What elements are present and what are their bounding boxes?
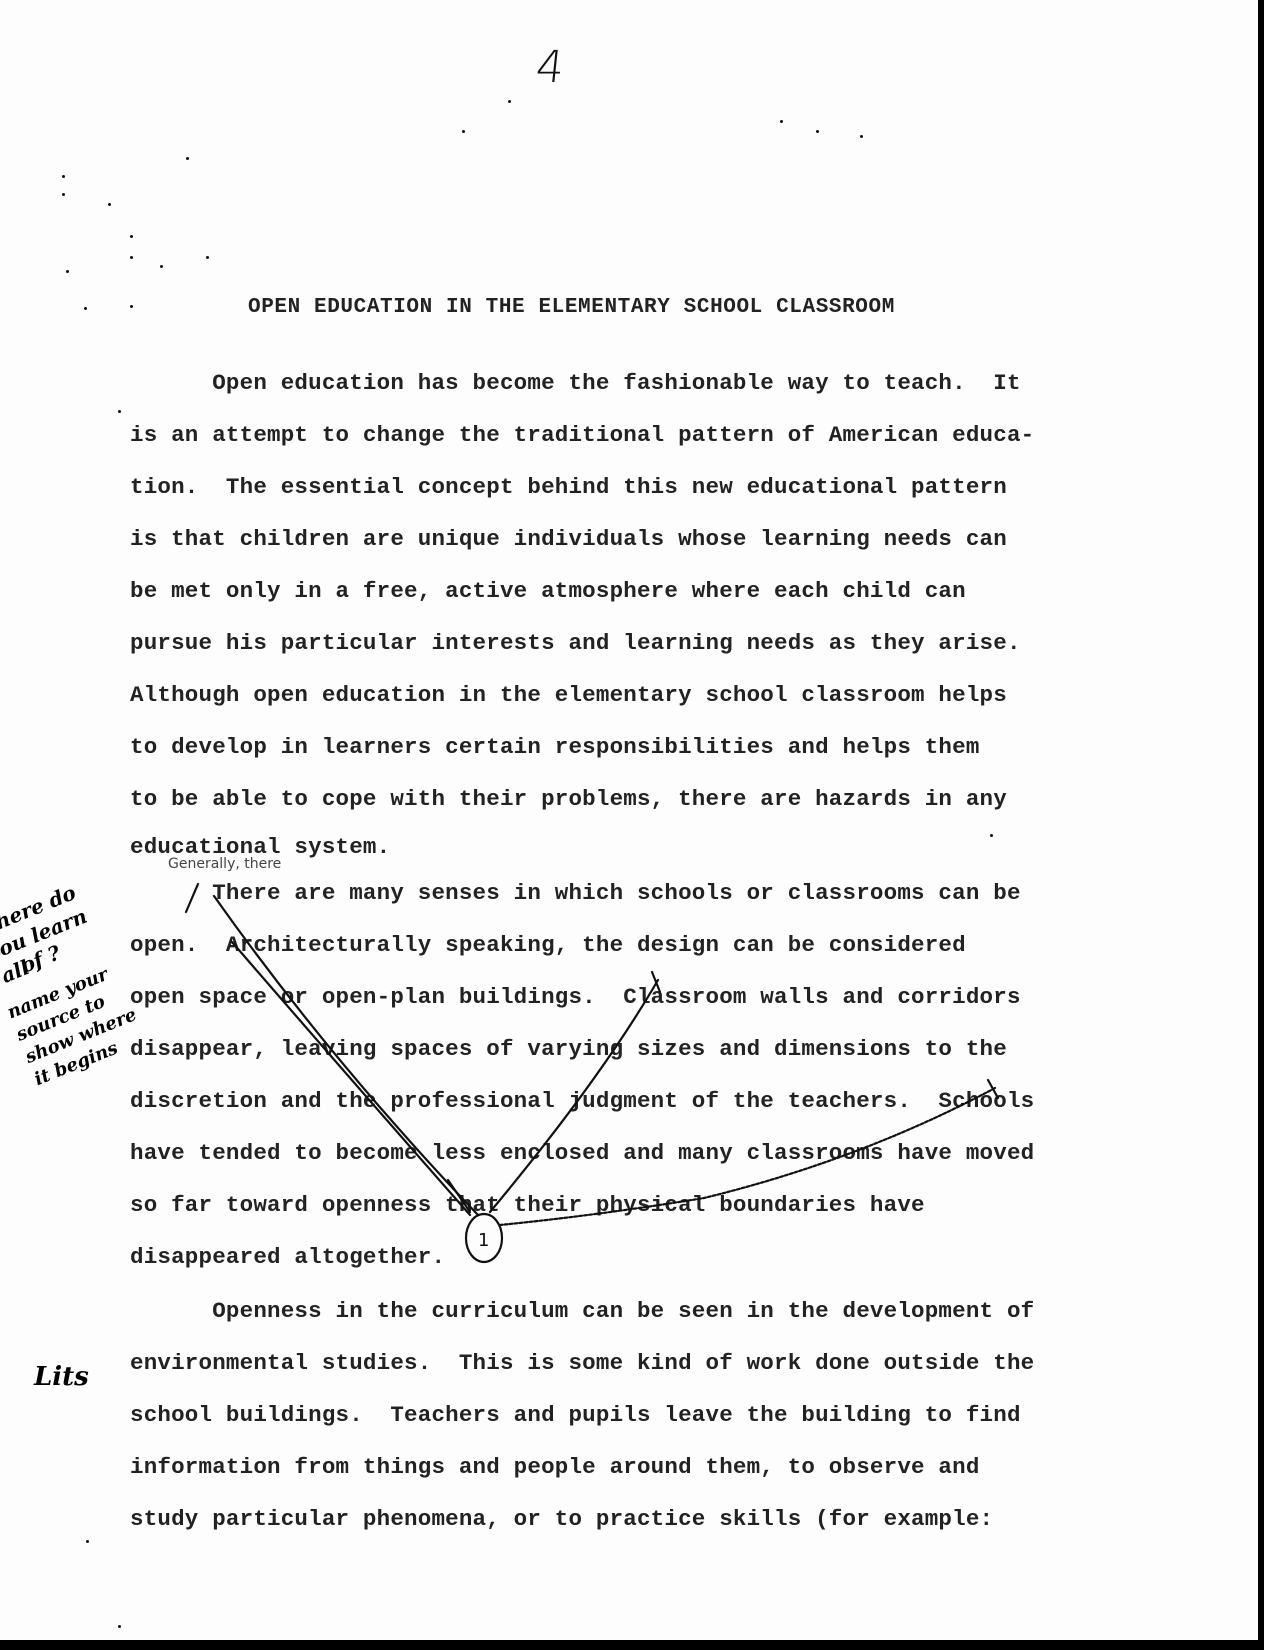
text-line: study particular phenomena, or to practi… — [130, 1506, 993, 1532]
text-line: to be able to cope with their problems, … — [130, 786, 1007, 812]
scan-speck — [62, 193, 65, 196]
scan-speck — [508, 100, 511, 103]
text-line: Open education has become the fashionabl… — [130, 370, 1021, 396]
text-line: is an attempt to change the traditional … — [130, 422, 1034, 448]
text-line: open. Architecturally speaking, the desi… — [130, 932, 966, 958]
text-line: tion. The essential concept behind this … — [130, 474, 1007, 500]
margin-note-question: Where do you learn all of ? name your so… — [0, 877, 176, 1154]
text-line: There are many senses in which schools o… — [130, 880, 1021, 906]
text-line: Although open education in the elementar… — [130, 682, 1007, 708]
footnote-marker: 1 — [478, 1230, 489, 1251]
text-line: discretion and the professional judgment… — [130, 1088, 1034, 1114]
scan-speck — [62, 175, 65, 178]
scan-speck — [816, 130, 819, 133]
scan-edge-right — [1258, 0, 1264, 1650]
scan-speck — [84, 307, 87, 310]
text-line: is that children are unique individuals … — [130, 526, 1007, 552]
scan-speck — [66, 270, 69, 273]
text-line: have tended to become less enclosed and … — [130, 1140, 1034, 1166]
scan-speck — [860, 135, 863, 138]
scan-speck — [186, 157, 189, 160]
margin-note-lits: Lits — [34, 1364, 89, 1390]
text-line: to develop in learners certain responsib… — [130, 734, 980, 760]
text-line: so far toward openness that their physic… — [130, 1192, 925, 1218]
text-line: be met only in a free, active atmosphere… — [130, 578, 966, 604]
interlinear-insert: Generally, there — [168, 856, 281, 872]
text-line: disappeared altogether. — [130, 1244, 445, 1270]
document-page: 4 OPEN EDUCATION IN THE ELEMENTARY SCHOO… — [0, 0, 1264, 1650]
scan-speck — [108, 203, 111, 206]
scan-speck — [206, 256, 209, 259]
scan-speck — [86, 1540, 89, 1543]
text-line: school buildings. Teachers and pupils le… — [130, 1402, 1021, 1428]
scan-speck — [118, 1625, 121, 1628]
text-line: pursue his particular interests and lear… — [130, 630, 1021, 656]
document-title: OPEN EDUCATION IN THE ELEMENTARY SCHOOL … — [248, 296, 895, 319]
text-line: disappear, leaving spaces of varying siz… — [130, 1036, 1007, 1062]
scan-speck — [990, 834, 993, 837]
page-number: 4 — [533, 42, 566, 93]
scan-speck — [118, 410, 121, 413]
scan-speck — [160, 265, 163, 268]
scan-speck — [780, 120, 783, 123]
scan-speck — [130, 256, 133, 259]
scan-speck — [130, 235, 133, 238]
text-line: information from things and people aroun… — [130, 1454, 980, 1480]
text-line: Openness in the curriculum can be seen i… — [130, 1298, 1034, 1324]
scan-edge-bottom — [0, 1640, 1264, 1650]
scan-speck — [462, 130, 465, 133]
text-line: open space or open-plan buildings. Class… — [130, 984, 1021, 1010]
scan-speck — [130, 305, 133, 308]
text-line: environmental studies. This is some kind… — [130, 1350, 1034, 1376]
